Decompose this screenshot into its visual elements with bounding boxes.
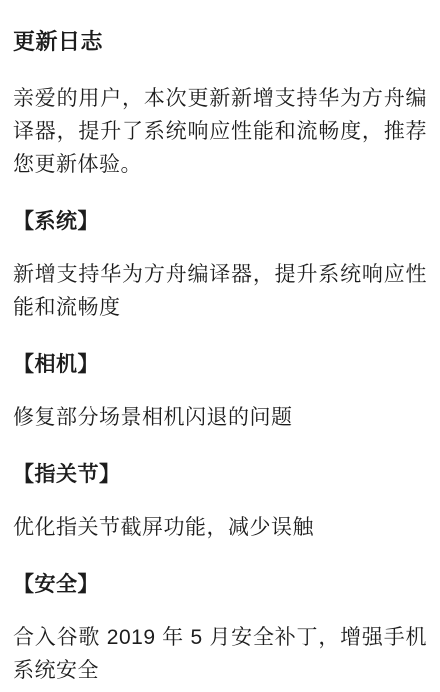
- section-camera: 【相机】 修复部分场景相机闪退的问题: [13, 352, 427, 434]
- page-title: 更新日志: [13, 30, 427, 54]
- section-knuckle-body: 优化指关节截屏功能，减少误触: [13, 511, 427, 544]
- section-camera-header: 【相机】: [13, 352, 427, 377]
- intro-text: 亲爱的用户，本次更新新增支持华为方舟编译器，提升了系统响应性能和流畅度，推荐您更…: [13, 82, 427, 181]
- section-knuckle-header: 【指关节】: [13, 462, 427, 487]
- section-security: 【安全】 合入谷歌 2019 年 5 月安全补丁，增强手机系统安全: [13, 572, 427, 687]
- section-knuckle: 【指关节】 优化指关节截屏功能，减少误触: [13, 462, 427, 544]
- section-system: 【系统】 新增支持华为方舟编译器，提升系统响应性能和流畅度: [13, 209, 427, 324]
- section-camera-body: 修复部分场景相机闪退的问题: [13, 401, 427, 434]
- update-log-screen[interactable]: 更新日志 亲爱的用户，本次更新新增支持华为方舟编译器，提升了系统响应性能和流畅度…: [0, 0, 440, 692]
- section-security-body: 合入谷歌 2019 年 5 月安全补丁，增强手机系统安全: [13, 621, 427, 687]
- section-security-header: 【安全】: [13, 572, 427, 597]
- section-system-header: 【系统】: [13, 209, 427, 234]
- section-system-body: 新增支持华为方舟编译器，提升系统响应性能和流畅度: [13, 258, 427, 324]
